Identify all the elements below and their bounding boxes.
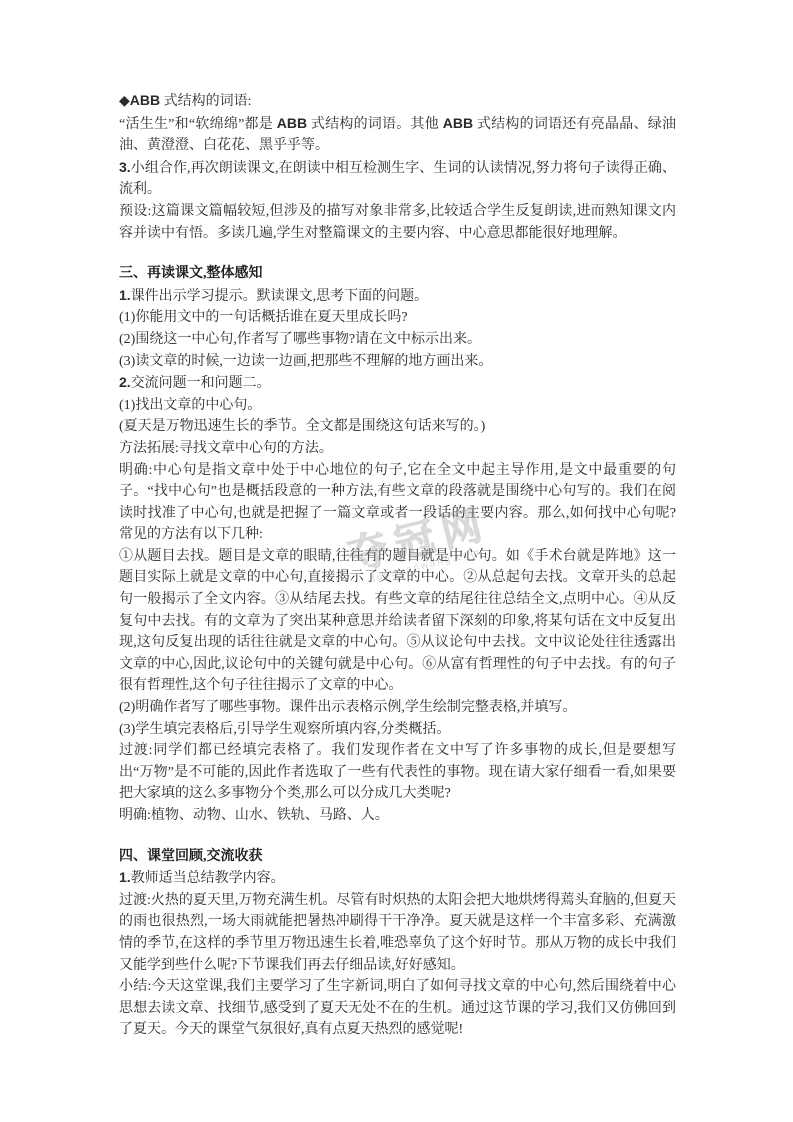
document-content: ◆ABB 式结构的词语:“活生生”和“软绵绵”都是 ABB 式结构的词语。其他 …	[119, 90, 676, 1041]
text-run: 明确:中心句是指文章中处于中心地位的句子,它在全文中起主导作用,是文中最重要的句…	[119, 463, 676, 543]
paragraph: 小结:今天这堂课,我们主要学习了生字新词,明白了如何寻找文章的中心句,然后围绕着…	[119, 976, 676, 1041]
text-run: 过渡:火热的夏天里,万物充满生机。尽管有时炽热的太阳会把大地烘烤得蔫头耷脑的,但…	[119, 893, 676, 973]
section-heading: 三、再读课文,整体感知	[119, 263, 676, 285]
text-run: 过渡:同学们都已经填完表格了。我们发现作者在文中写了许多事物的成长,但是要想写出…	[119, 743, 676, 801]
section-heading: 四、课堂回顾,交流收获	[119, 846, 676, 868]
text-run: ABB	[130, 92, 160, 108]
text-run: 1.	[119, 869, 131, 885]
paragraph: (3)学生填完表格后,引导学生观察所填内容,分类概括。	[119, 719, 676, 741]
text-run: (1)你能用文中的一句话概括谁在夏天里成长吗?	[119, 310, 408, 325]
paragraph: 1.教师适当总结教学内容。	[119, 867, 676, 890]
document-page: 夺冠网 duoguanwang.com ◆ABB 式结构的词语:“活生生”和“软…	[0, 0, 793, 1122]
paragraph: ①从题目去找。题目是文章的眼睛,往往有的题目就是中心句。如《手术台就是阵地》这一…	[119, 546, 676, 697]
paragraph: 2.交流问题一和问题二。	[119, 372, 676, 395]
text-run: 教师适当总结教学内容。	[131, 871, 285, 886]
text-run: 三、再读课文,整体感知	[119, 266, 263, 281]
text-run: 预设:这篇课文篇幅较短,但涉及的描写对象非常多,比较适合学生反复朗读,进而熟知课…	[119, 204, 676, 241]
text-run: (1)找出文章的中心句。	[119, 398, 261, 413]
text-run: (夏天是万物迅速生长的季节。全文都是围绕这句话来写的。)	[119, 419, 485, 434]
text-run: (3)学生填完表格后,引导学生观察所填内容,分类概括。	[119, 722, 450, 737]
text-run: (2)围绕这一中心句,作者写了哪些事物?请在文中标示出来。	[119, 332, 481, 347]
paragraph: (1)找出文章的中心句。	[119, 395, 676, 417]
text-run: ABB	[277, 115, 307, 131]
text-run: 2.	[119, 374, 131, 390]
paragraph: ◆ABB 式结构的词语:	[119, 90, 676, 113]
paragraph: 过渡:火热的夏天里,万物充满生机。尽管有时炽热的太阳会把大地烘烤得蔫头耷脑的,但…	[119, 890, 676, 976]
text-run: 交流问题一和问题二。	[131, 376, 271, 391]
paragraph: (3)读文章的时候,一边读一边画,把那些不理解的地方画出来。	[119, 351, 676, 373]
paragraph: (1)你能用文中的一句话概括谁在夏天里成长吗?	[119, 307, 676, 329]
text-run: “活生生”和“软绵绵”都是	[119, 117, 277, 132]
text-run: (3)读文章的时候,一边读一边画,把那些不理解的地方画出来。	[119, 354, 492, 369]
paragraph: 过渡:同学们都已经填完表格了。我们发现作者在文中写了许多事物的成长,但是要想写出…	[119, 740, 676, 805]
paragraph: (2)围绕这一中心句,作者写了哪些事物?请在文中标示出来。	[119, 329, 676, 351]
text-run: 式结构的词语:	[160, 94, 251, 109]
paragraph: 3.小组合作,再次朗读课文,在朗读中相互检测生字、生词的认读情况,努力将句子读得…	[119, 157, 676, 201]
text-run: ◆	[119, 94, 130, 109]
paragraph: (夏天是万物迅速生长的季节。全文都是围绕这句话来写的。)	[119, 416, 676, 438]
text-run: 四、课堂回顾,交流收获	[119, 849, 263, 864]
text-run: 3.	[119, 159, 131, 175]
text-run: 小结:今天这堂课,我们主要学习了生字新词,明白了如何寻找文章的中心句,然后围绕着…	[119, 979, 676, 1037]
text-run: 课件出示学习提示。默读课文,思考下面的问题。	[131, 289, 429, 304]
paragraph: 方法拓展:寻找文章中心句的方法。	[119, 438, 676, 460]
paragraph: 1.课件出示学习提示。默读课文,思考下面的问题。	[119, 285, 676, 308]
text-run: ABB	[443, 115, 473, 131]
paragraph: “活生生”和“软绵绵”都是 ABB 式结构的词语。其他 ABB 式结构的词语还有…	[119, 113, 676, 157]
text-run: ①从题目去找。题目是文章的眼睛,往往有的题目就是中心句。如《手术台就是阵地》这一…	[119, 549, 676, 694]
text-run: (2)明确作者写了哪些事物。课件出示表格示例,学生绘制完整表格,并填写。	[119, 700, 576, 715]
text-run: 1.	[119, 287, 131, 303]
text-run: 式结构的词语。其他	[307, 117, 443, 132]
text-run: 小组合作,再次朗读课文,在朗读中相互检测生字、生词的认读情况,努力将句子读得正确…	[119, 161, 676, 198]
paragraph: (2)明确作者写了哪些事物。课件出示表格示例,学生绘制完整表格,并填写。	[119, 697, 676, 719]
paragraph: 预设:这篇课文篇幅较短,但涉及的描写对象非常多,比较适合学生反复朗读,进而熟知课…	[119, 201, 676, 244]
text-run: 明确:植物、动物、山水、铁轨、马路、人。	[119, 808, 389, 823]
paragraph: 明确:植物、动物、山水、铁轨、马路、人。	[119, 805, 676, 827]
paragraph: 明确:中心句是指文章中处于中心地位的句子,它在全文中起主导作用,是文中最重要的句…	[119, 460, 676, 546]
text-run: 方法拓展:寻找文章中心句的方法。	[119, 441, 333, 456]
